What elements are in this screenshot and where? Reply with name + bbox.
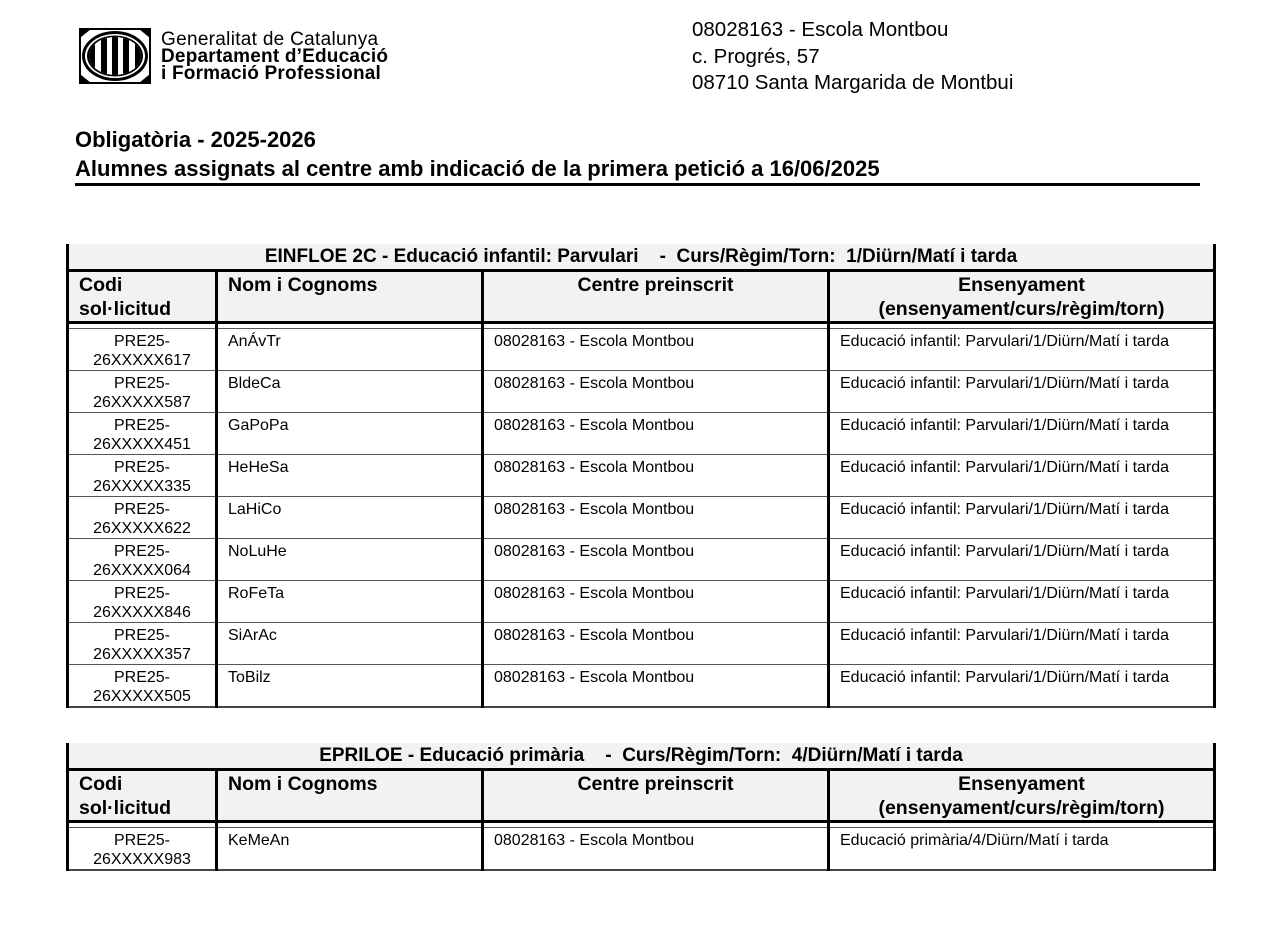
column-header-teaching: Ensenyament(ensenyament/curs/règim/torn) [829, 270, 1215, 322]
table-row: PRE25-26XXXXX357SiArAc08028163 - Escola … [68, 622, 1215, 664]
teaching-info: Educació infantil: Parvulari/1/Diürn/Mat… [829, 664, 1215, 707]
request-code: PRE25-26XXXXX451 [68, 412, 217, 454]
request-code: PRE25-26XXXXX617 [68, 328, 217, 370]
teaching-info: Educació infantil: Parvulari/1/Diürn/Mat… [829, 328, 1215, 370]
generalitat-emblem-icon [79, 28, 151, 84]
column-header-code-line1: Codi [79, 273, 205, 297]
logo-department-name: Departament d’Educació [161, 48, 388, 65]
request-code: PRE25-26XXXXX983 [68, 827, 217, 870]
teaching-info: Educació infantil: Parvulari/1/Diürn/Mat… [829, 412, 1215, 454]
student-name: RoFeTa [217, 580, 483, 622]
group-caption: EINFLOE 2C - Educació infantil: Parvular… [68, 244, 1215, 270]
column-header-code: Codisol·licitud [68, 769, 217, 821]
column-header-center: Centre preinscrit [483, 270, 829, 322]
table-row: PRE25-26XXXXX505ToBilz08028163 - Escola … [68, 664, 1215, 707]
column-header-code-line1: Codi [79, 772, 205, 796]
group-caption: EPRILOE - Educació primària - Curs/Règim… [68, 743, 1215, 769]
request-code: PRE25-26XXXXX587 [68, 370, 217, 412]
student-name: NoLuHe [217, 538, 483, 580]
request-code: PRE25-26XXXXX622 [68, 496, 217, 538]
school-street: c. Progrés, 57 [692, 44, 1013, 71]
student-name: ToBilz [217, 664, 483, 707]
preenrolled-center: 08028163 - Escola Montbou [483, 328, 829, 370]
column-header-name: Nom i Cognoms [217, 769, 483, 821]
report-title-line2: Alumnes assignats al centre amb indicaci… [75, 154, 1200, 186]
column-header-teaching-line1: Ensenyament [840, 772, 1203, 796]
teaching-info: Educació infantil: Parvulari/1/Diürn/Mat… [829, 370, 1215, 412]
request-code: PRE25-26XXXXX335 [68, 454, 217, 496]
logo-department-name-2: i Formació Professional [161, 65, 388, 82]
student-name: KeMeAn [217, 827, 483, 870]
teaching-info: Educació primària/4/Diürn/Matí i tarda [829, 827, 1215, 870]
student-name: GaPoPa [217, 412, 483, 454]
table-row: PRE25-26XXXXX622LaHiCo08028163 - Escola … [68, 496, 1215, 538]
teaching-info: Educació infantil: Parvulari/1/Diürn/Mat… [829, 580, 1215, 622]
column-header-teaching: Ensenyament(ensenyament/curs/règim/torn) [829, 769, 1215, 821]
request-code: PRE25-26XXXXX505 [68, 664, 217, 707]
table-row: PRE25-26XXXXX451GaPoPa08028163 - Escola … [68, 412, 1215, 454]
document-page: Generalitat de Catalunya Departament d’E… [0, 0, 1275, 927]
table-row: PRE25-26XXXXX846RoFeTa08028163 - Escola … [68, 580, 1215, 622]
group-table-primaria: EPRILOE - Educació primària - Curs/Règim… [66, 743, 1213, 871]
preenrolled-center: 08028163 - Escola Montbou [483, 538, 829, 580]
teaching-info: Educació infantil: Parvulari/1/Diürn/Mat… [829, 454, 1215, 496]
table-row: PRE25-26XXXXX335HeHeSa08028163 - Escola … [68, 454, 1215, 496]
school-address: 08028163 - Escola Montbou c. Progrés, 57… [692, 17, 1013, 97]
table-row: PRE25-26XXXXX587BldeCa08028163 - Escola … [68, 370, 1215, 412]
preenrolled-center: 08028163 - Escola Montbou [483, 664, 829, 707]
column-header-teaching-line2: (ensenyament/curs/règim/torn) [840, 297, 1203, 321]
school-name: 08028163 - Escola Montbou [692, 17, 1013, 44]
column-header-teaching-line1: Ensenyament [840, 273, 1203, 297]
student-name: LaHiCo [217, 496, 483, 538]
request-code: PRE25-26XXXXX846 [68, 580, 217, 622]
column-header-code-line2: sol·licitud [79, 297, 205, 321]
preenrolled-center: 08028163 - Escola Montbou [483, 580, 829, 622]
teaching-info: Educació infantil: Parvulari/1/Diürn/Mat… [829, 496, 1215, 538]
preenrolled-center: 08028163 - Escola Montbou [483, 827, 829, 870]
request-code: PRE25-26XXXXX357 [68, 622, 217, 664]
table-row: PRE25-26XXXXX983KeMeAn08028163 - Escola … [68, 827, 1215, 870]
preenrolled-center: 08028163 - Escola Montbou [483, 370, 829, 412]
table-row: PRE25-26XXXXX617AnÁvTr08028163 - Escola … [68, 328, 1215, 370]
student-name: HeHeSa [217, 454, 483, 496]
teaching-info: Educació infantil: Parvulari/1/Diürn/Mat… [829, 538, 1215, 580]
school-city: 08710 Santa Margarida de Montbui [692, 70, 1013, 97]
request-code: PRE25-26XXXXX064 [68, 538, 217, 580]
student-name: AnÁvTr [217, 328, 483, 370]
student-name: SiArAc [217, 622, 483, 664]
assignments-table: EINFLOE 2C - Educació infantil: Parvular… [66, 244, 1216, 708]
column-header-center: Centre preinscrit [483, 769, 829, 821]
department-logo: Generalitat de Catalunya Departament d’E… [79, 28, 388, 84]
column-header-code: Codisol·licitud [68, 270, 217, 322]
group-table-infantil: EINFLOE 2C - Educació infantil: Parvular… [66, 244, 1213, 708]
assignments-table: EPRILOE - Educació primària - Curs/Règim… [66, 743, 1216, 871]
report-title: Obligatòria - 2025-2026 Alumnes assignat… [75, 125, 1200, 186]
preenrolled-center: 08028163 - Escola Montbou [483, 454, 829, 496]
preenrolled-center: 08028163 - Escola Montbou [483, 622, 829, 664]
table-row: PRE25-26XXXXX064NoLuHe08028163 - Escola … [68, 538, 1215, 580]
column-header-name: Nom i Cognoms [217, 270, 483, 322]
report-title-line1: Obligatòria - 2025-2026 [75, 125, 1200, 154]
teaching-info: Educació infantil: Parvulari/1/Diürn/Mat… [829, 622, 1215, 664]
logo-government-name: Generalitat de Catalunya [161, 31, 388, 48]
preenrolled-center: 08028163 - Escola Montbou [483, 412, 829, 454]
preenrolled-center: 08028163 - Escola Montbou [483, 496, 829, 538]
column-header-teaching-line2: (ensenyament/curs/règim/torn) [840, 796, 1203, 820]
student-name: BldeCa [217, 370, 483, 412]
column-header-code-line2: sol·licitud [79, 796, 205, 820]
